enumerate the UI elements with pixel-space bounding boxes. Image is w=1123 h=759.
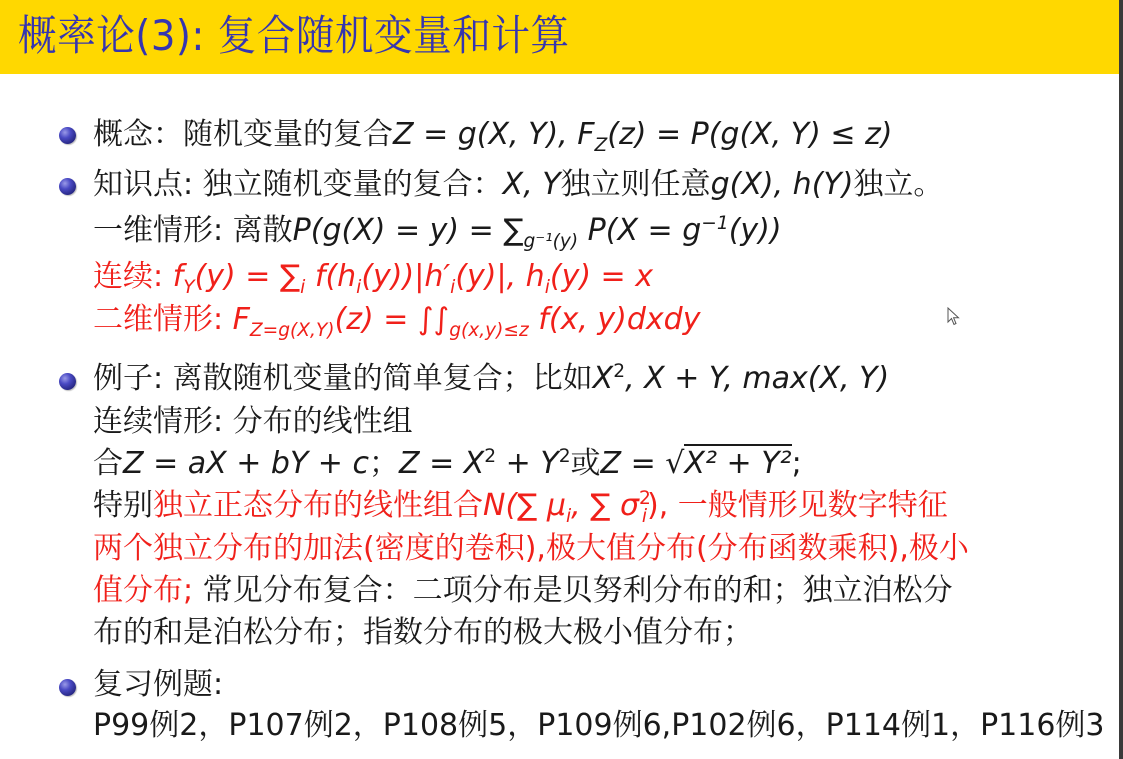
text-segment: 二维情形: [93, 302, 233, 337]
math-segment: X [593, 361, 614, 396]
line-one-dimensional-discrete: 一维情形: 离散P(g(X) = y) = ∑g⁻¹(y) P(X = g−1(… [93, 212, 782, 250]
math-segment: f(h [305, 259, 356, 294]
line-min-distribution: 值分布; 常见分布复合：二项分布是贝努利分布的和；独立泊松分 [93, 572, 953, 610]
text-segment: 概念：随机变量的复合 [93, 117, 393, 152]
text-segment: 合 [93, 446, 123, 481]
mouse-cursor-icon [947, 307, 961, 327]
math-segment: g(X), h(Y) [711, 167, 854, 202]
text-segment: 独立。 [853, 167, 943, 202]
line-linear-combination: 合Z = aX + bY + c；Z = X2 + Y2或Z = √X² + Y… [93, 445, 802, 483]
math-segment: (y)) [729, 213, 782, 248]
bullet-review-exercises: 复习例题: [93, 666, 223, 704]
sqrt-symbol: √ [665, 446, 684, 481]
line-sum-max-distribution: 两个独立分布的加法(密度的卷积),极大值分布(分布函数乘积),极小 [93, 530, 969, 568]
bullet-icon [59, 178, 76, 195]
bullet-icon [59, 679, 76, 696]
math-segment: Z = [601, 446, 666, 481]
math-segment: N(∑ μ [483, 488, 566, 523]
line-two-dimensional: 二维情形: FZ=g(X,Y)(z) = ∫∫g(x,y)≤z f(x, y)d… [93, 301, 700, 339]
math-segment: P(X = g [578, 213, 701, 248]
math-subscript: Z [595, 135, 608, 156]
math-subscript: Y [183, 277, 194, 298]
math-segment: Z = g(X, Y), F [393, 117, 595, 152]
text-segment-highlight: 两个独立分布的加法(密度的卷积),极大值分布(分布函数乘积),极小 [93, 531, 969, 566]
line-exercise-list: P99例2，P107例2，P108例5，P109例6,P102例6，P114例1… [93, 707, 1105, 745]
math-segment: f [173, 259, 184, 294]
text-segment: 知识点: 独立随机变量的复合： [93, 167, 503, 202]
math-segment: Z = aX + bY + c [123, 446, 369, 481]
text-segment: 一维情形: 离散 [93, 213, 293, 248]
text-segment: 布的和是泊松分布；指数分布的极大极小值分布； [93, 615, 753, 650]
math-superscript: −1 [701, 213, 728, 234]
text-segment: 独立则任意 [561, 167, 711, 202]
math-segment: (z) = P(g(X, Y) ≤ z) [607, 117, 892, 152]
math-superscript: 2 [559, 446, 571, 467]
bullet-concept: 概念：随机变量的复合Z = g(X, Y), FZ(z) = P(g(X, Y)… [93, 116, 892, 154]
text-segment: 连续: [93, 259, 173, 294]
math-segment: , X + Y, max(X, Y) [625, 361, 889, 396]
math-subscript: Z=g(X,Y) [250, 320, 335, 341]
text-segment: 连续情形: 分布的线性组 [93, 404, 413, 439]
slide-body: 概念：随机变量的复合Z = g(X, Y), FZ(z) = P(g(X, Y)… [0, 0, 1119, 759]
math-segment: F [233, 302, 250, 337]
math-segment: (z) = ∫∫ [335, 302, 450, 337]
math-subscript: g(x,y)≤z [449, 320, 529, 341]
text-segment: 例子: 离散随机变量的简单复合；比如 [93, 361, 593, 396]
text-segment: 复习例题: [93, 667, 223, 702]
bullet-examples: 例子: 离散随机变量的简单复合；比如X2, X + Y, max(X, Y) [93, 360, 889, 398]
line-poisson-exponential: 布的和是泊松分布；指数分布的极大极小值分布； [93, 614, 753, 652]
bullet-icon [59, 373, 76, 390]
bullet-knowledge-point: 知识点: 独立随机变量的复合：X, Y独立则任意g(X), h(Y)独立。 [93, 166, 943, 204]
text-segment: 特别 [93, 488, 153, 523]
math-segment: (y))|h′ [361, 259, 450, 294]
math-segment: + Y [496, 446, 559, 481]
line-continuous-density: 连续: fY(y) = ∑i f(hi(y))|h′i(y)|, hi(y) =… [93, 258, 653, 296]
text-segment: 或 [571, 446, 601, 481]
math-segment: f(x, y)dxdy [529, 302, 701, 337]
math-segment: (y) = x [550, 259, 653, 294]
text-segment: 常见分布复合：二项分布是贝努利分布的和；独立泊松分 [193, 573, 953, 608]
math-segment: (y)|, h [455, 259, 544, 294]
text-segment-highlight: 独立正态分布的线性组合 [153, 488, 483, 523]
text-segment: P99例2，P107例2，P108例5，P109例6,P102例6，P114例1… [93, 708, 1105, 743]
text-segment-highlight: 值分布; [93, 573, 193, 608]
math-segment: X, Y [503, 167, 561, 202]
bullet-icon [59, 127, 76, 144]
text-segment-highlight: ), 一般情形见数字特征 [647, 488, 948, 523]
math-segment: (y) = ∑ [195, 259, 301, 294]
text-segment: ； [369, 446, 399, 481]
math-segment: , ∑ σ [571, 488, 639, 523]
math-superscript: 2 [484, 446, 496, 467]
math-segment: Z = X [399, 446, 484, 481]
math-segment: P(g(X) = y) = ∑ [293, 213, 524, 248]
line-normal-combination: 特别独立正态分布的线性组合N(∑ μi, ∑ σ2i), 一般情形见数字特征 [93, 487, 948, 525]
text-segment: ; [792, 446, 802, 481]
line-continuous-case: 连续情形: 分布的线性组 [93, 403, 413, 441]
window-right-border [1119, 0, 1123, 759]
math-superscript: 2 [613, 361, 625, 382]
math-subscript: g⁻¹(y) [524, 231, 579, 252]
math-radicand: X² + Y² [684, 444, 791, 481]
